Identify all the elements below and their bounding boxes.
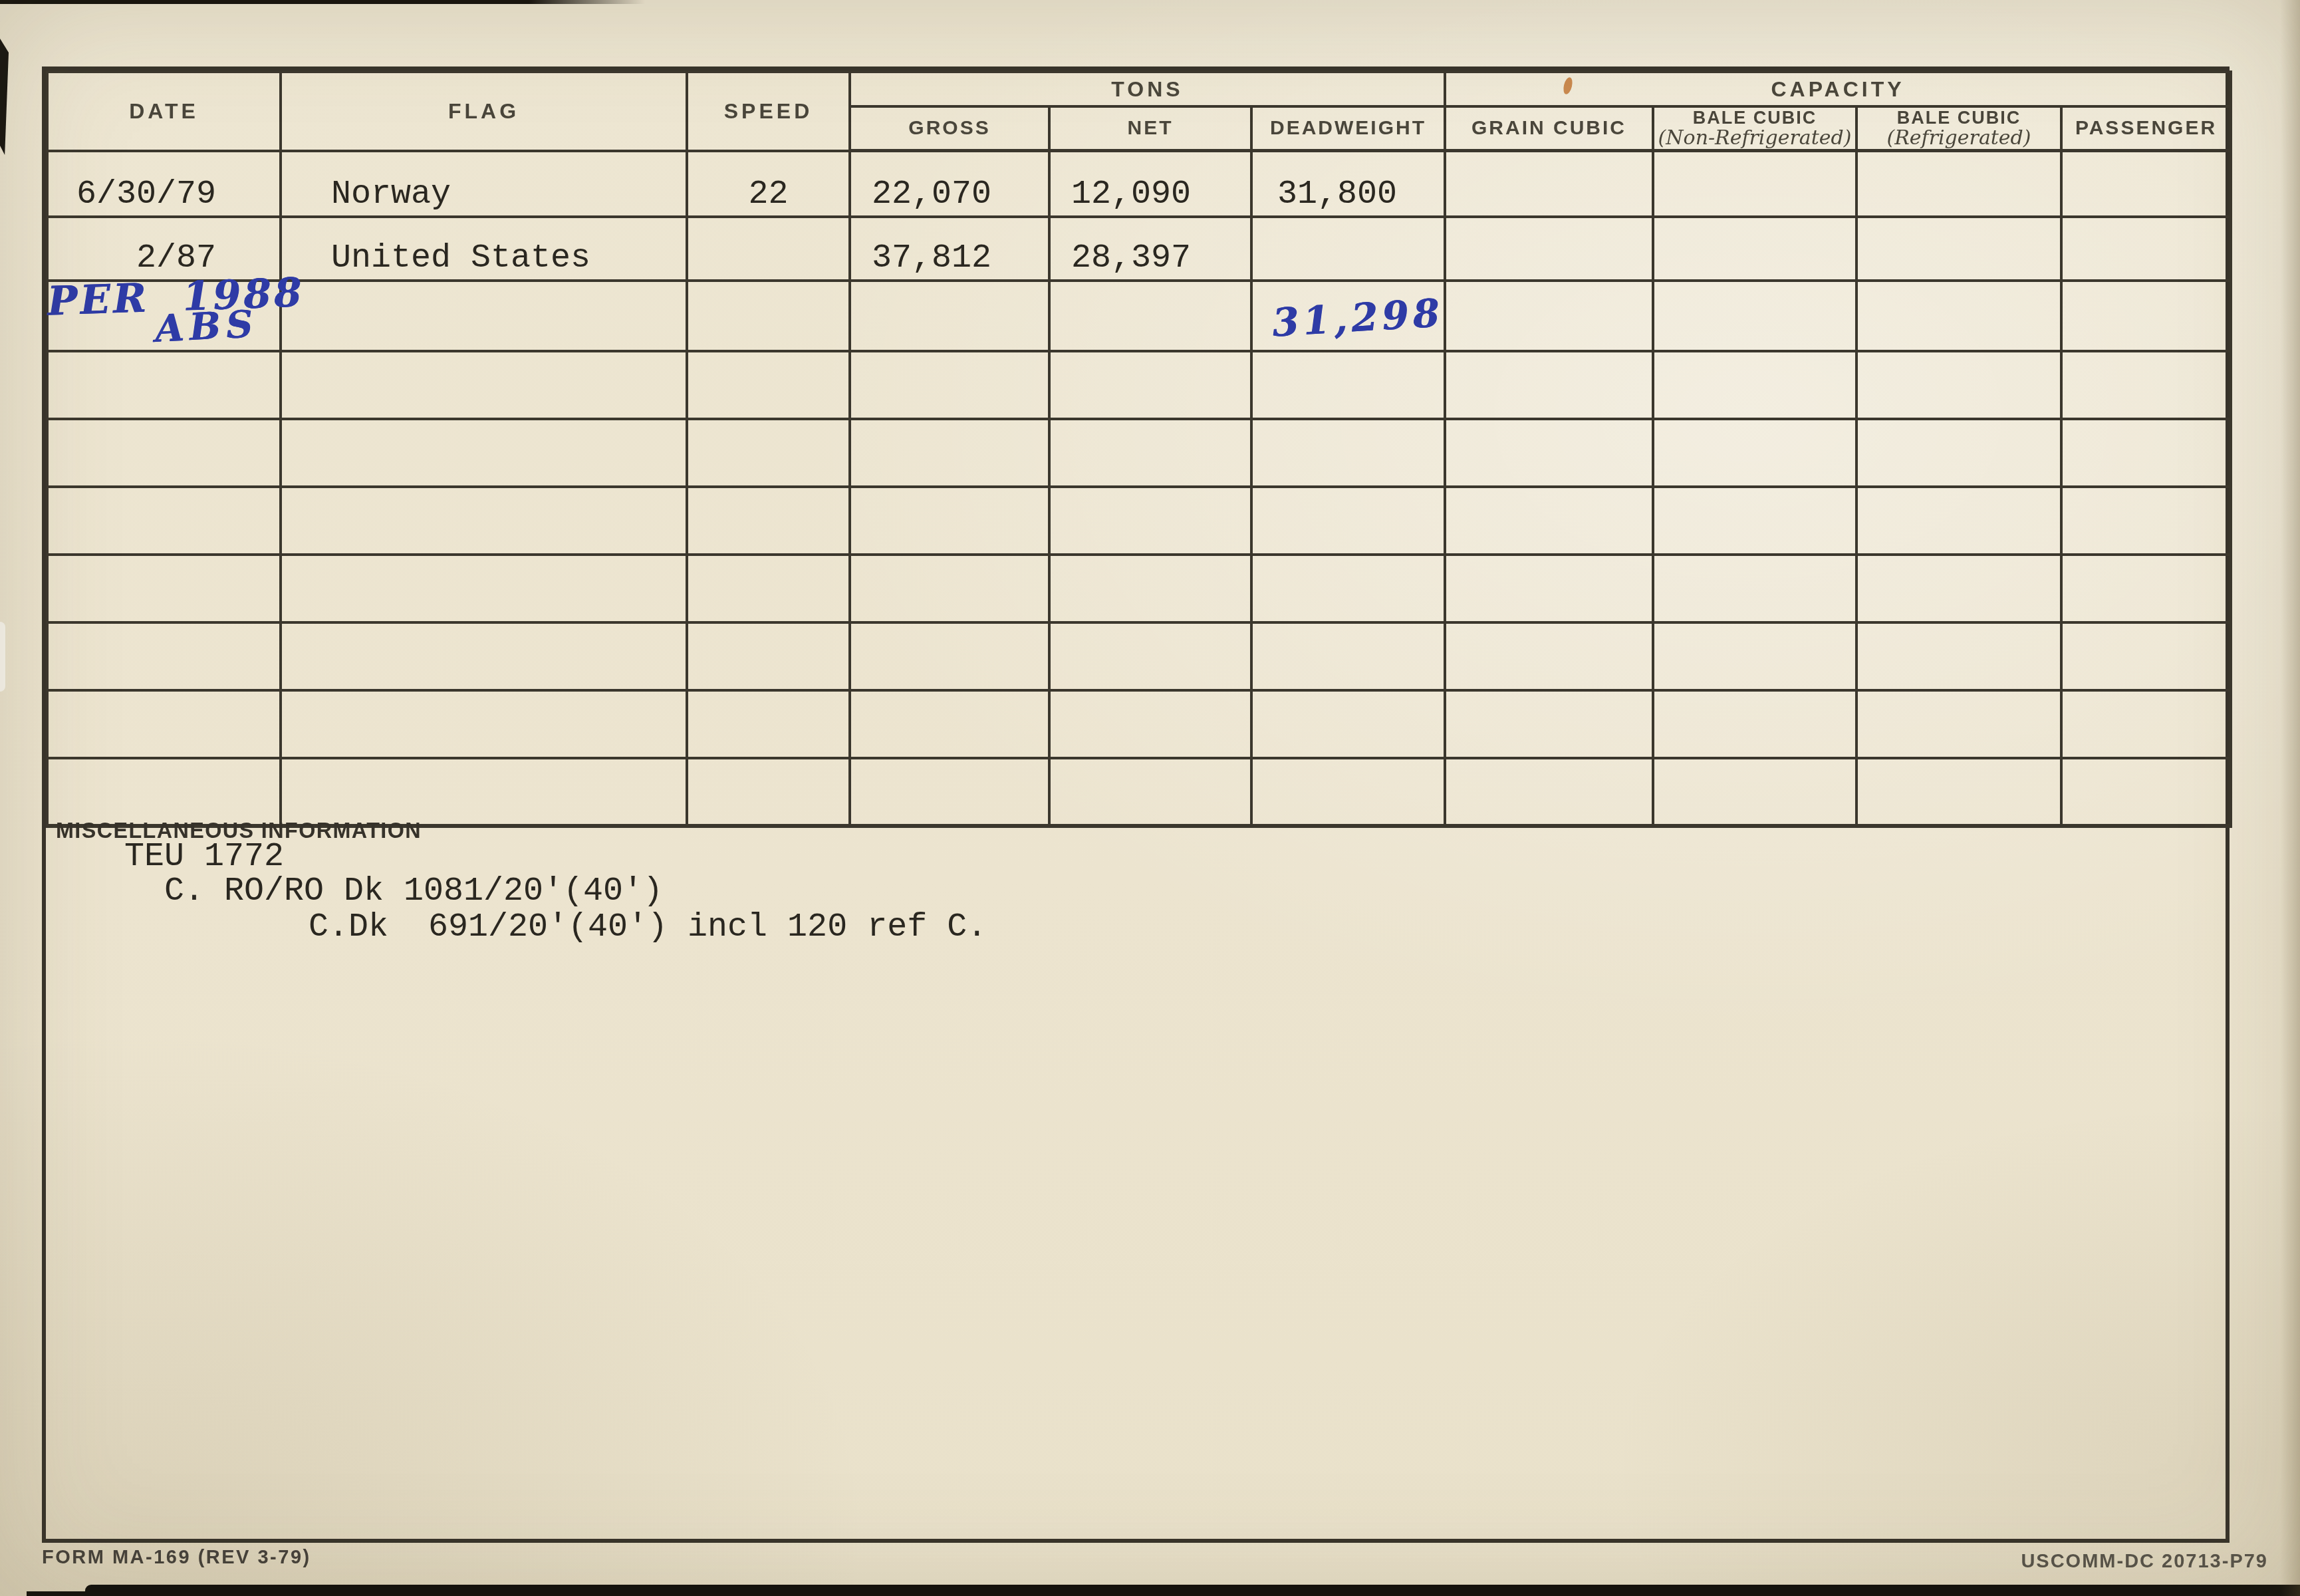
table-cell xyxy=(1856,281,2061,351)
table-cell xyxy=(1049,281,1251,351)
table-cell xyxy=(2061,419,2231,487)
table-row: 6/30/79 Norway 22 22,070 12,090 31,800 xyxy=(47,151,2231,217)
cell-gross: 37,812 xyxy=(850,217,1049,281)
cell-bale-nonref xyxy=(1653,217,1856,281)
table-cell xyxy=(1445,351,1653,419)
cell-flag: Norway xyxy=(281,151,687,217)
miscellaneous-information-section: MISCELLANEOUS INFORMATION TEU 1772 C. RO… xyxy=(46,814,2226,1539)
table-cell xyxy=(687,281,850,351)
table-cell xyxy=(281,690,687,758)
table-cell xyxy=(1251,555,1445,622)
table-cell xyxy=(850,622,1049,690)
header-tons-group: TONS xyxy=(850,72,1445,106)
scan-edge-left-artifact xyxy=(0,39,9,155)
table-cell xyxy=(1445,555,1653,622)
table-cell xyxy=(47,351,281,419)
table-cell xyxy=(2061,555,2231,622)
table-cell xyxy=(1049,487,1251,555)
table-row xyxy=(47,622,2231,690)
table-cell xyxy=(1251,419,1445,487)
uscomm-print-code-label: USCOMM-DC 20713-P79 xyxy=(2021,1551,2268,1573)
scan-edge-top-artifact xyxy=(0,0,645,4)
table-cell xyxy=(2061,487,2231,555)
table-row xyxy=(47,690,2231,758)
table-cell xyxy=(2061,622,2231,690)
cell-deadweight: 31,800 xyxy=(1251,151,1445,217)
table-cell xyxy=(687,622,850,690)
table-cell xyxy=(850,281,1049,351)
cell-gross: 22,070 xyxy=(850,151,1049,217)
table-cell xyxy=(47,419,281,487)
header-bale-cubic-nonref-title: BALE CUBIC xyxy=(1654,108,1855,128)
cell-net: 12,090 xyxy=(1049,151,1251,217)
table-cell xyxy=(1653,690,1856,758)
cell-date: 2/87 xyxy=(47,217,281,281)
form-number-label: FORM MA-169 (REV 3-79) xyxy=(42,1547,311,1569)
table-cell xyxy=(1049,555,1251,622)
table-cell xyxy=(1653,622,1856,690)
table-cell xyxy=(2061,690,2231,758)
header-deadweight: DEADWEIGHT xyxy=(1251,106,1445,151)
table-cell xyxy=(687,487,850,555)
cell-net: 28,397 xyxy=(1049,217,1251,281)
header-grain-cubic: GRAIN CUBIC xyxy=(1445,106,1653,151)
cell-grain-cubic xyxy=(1445,217,1653,281)
table-row: 2/87 United States 37,812 28,397 xyxy=(47,217,2231,281)
cell-flag: United States xyxy=(281,217,687,281)
cell-speed: 22 xyxy=(687,151,850,217)
header-bale-cubic-ref-sub: (Refrigerated) xyxy=(1858,128,2060,149)
cell-speed xyxy=(687,217,850,281)
paper-edge-shadow xyxy=(2280,0,2300,1596)
table-cell xyxy=(2061,281,2231,351)
table-cell xyxy=(47,622,281,690)
table-cell xyxy=(1856,419,2061,487)
table-cell xyxy=(687,690,850,758)
misc-line-roro: C. RO/RO Dk 1081/20'(40') xyxy=(164,872,663,910)
table-cell xyxy=(1653,555,1856,622)
scan-edge-bottom-sliver-artifact xyxy=(27,1591,100,1596)
table-cell xyxy=(1445,281,1653,351)
table-cell xyxy=(1445,690,1653,758)
cell-bale-nonref xyxy=(1653,151,1856,217)
table-cell xyxy=(1049,622,1251,690)
table-cell xyxy=(1049,419,1251,487)
table-cell xyxy=(1653,419,1856,487)
cell-passenger xyxy=(2061,217,2231,281)
table-cell xyxy=(47,690,281,758)
table-cell xyxy=(281,487,687,555)
table-cell xyxy=(1856,487,2061,555)
table-cell xyxy=(687,351,850,419)
scan-tear-notch-artifact xyxy=(0,622,5,692)
table-cell xyxy=(1653,281,1856,351)
header-bale-cubic-ref-title: BALE CUBIC xyxy=(1858,108,2060,128)
cell-bale-ref xyxy=(1856,217,2061,281)
cell-deadweight xyxy=(1251,217,1445,281)
table-cell xyxy=(687,555,850,622)
table-row xyxy=(47,555,2231,622)
header-flag: FLAG xyxy=(281,72,687,151)
table-cell xyxy=(1251,690,1445,758)
cell-date: 6/30/79 xyxy=(47,151,281,217)
table-cell xyxy=(850,690,1049,758)
vessel-data-table: DATE FLAG SPEED TONS CAPACITY GROSS NET … xyxy=(46,70,2232,828)
header-bale-cubic-nonref: BALE CUBIC (Non-Refrigerated) xyxy=(1653,106,1856,151)
table-cell xyxy=(1049,690,1251,758)
scanned-card-page: DATE FLAG SPEED TONS CAPACITY GROSS NET … xyxy=(0,0,2300,1596)
table-cell xyxy=(281,622,687,690)
table-row xyxy=(47,487,2231,555)
table-cell xyxy=(281,419,687,487)
table-cell xyxy=(850,419,1049,487)
table-cell xyxy=(281,281,687,351)
header-gross: GROSS xyxy=(850,106,1049,151)
table-row xyxy=(47,351,2231,419)
table-cell xyxy=(1653,351,1856,419)
table-cell xyxy=(1856,351,2061,419)
table-cell xyxy=(1445,487,1653,555)
misc-line-teu: TEU 1772 xyxy=(124,838,284,876)
table-row xyxy=(47,281,2231,351)
table-cell xyxy=(1251,487,1445,555)
cell-grain-cubic xyxy=(1445,151,1653,217)
table-cell xyxy=(2061,351,2231,419)
table-cell xyxy=(1856,555,2061,622)
table-cell xyxy=(850,351,1049,419)
header-net: NET xyxy=(1049,106,1251,151)
form-outer-box: DATE FLAG SPEED TONS CAPACITY GROSS NET … xyxy=(42,66,2230,1543)
table-row xyxy=(47,419,2231,487)
table-cell xyxy=(1049,351,1251,419)
cell-bale-ref xyxy=(1856,151,2061,217)
cell-passenger xyxy=(2061,151,2231,217)
table-cell xyxy=(1856,622,2061,690)
table-cell xyxy=(687,419,850,487)
table-cell xyxy=(1856,690,2061,758)
table-cell xyxy=(47,555,281,622)
table-cell xyxy=(281,555,687,622)
header-bale-cubic-nonref-sub: (Non-Refrigerated) xyxy=(1654,128,1855,149)
table-cell xyxy=(1251,351,1445,419)
misc-line-cdk: C.Dk 691/20'(40') incl 120 ref C. xyxy=(309,908,987,946)
handwritten-note-line2: ABS xyxy=(154,302,259,351)
header-speed: SPEED xyxy=(687,72,850,151)
table-cell xyxy=(281,351,687,419)
table-cell xyxy=(1251,622,1445,690)
table-cell xyxy=(1445,622,1653,690)
table-cell xyxy=(1445,419,1653,487)
table-cell xyxy=(850,487,1049,555)
table-cell xyxy=(850,555,1049,622)
table-cell xyxy=(47,487,281,555)
header-bale-cubic-ref: BALE CUBIC (Refrigerated) xyxy=(1856,106,2061,151)
table-cell xyxy=(1653,487,1856,555)
scan-edge-bottom-artifact xyxy=(85,1585,2300,1596)
header-date: DATE xyxy=(47,72,281,151)
header-passenger: PASSENGER xyxy=(2061,106,2231,151)
